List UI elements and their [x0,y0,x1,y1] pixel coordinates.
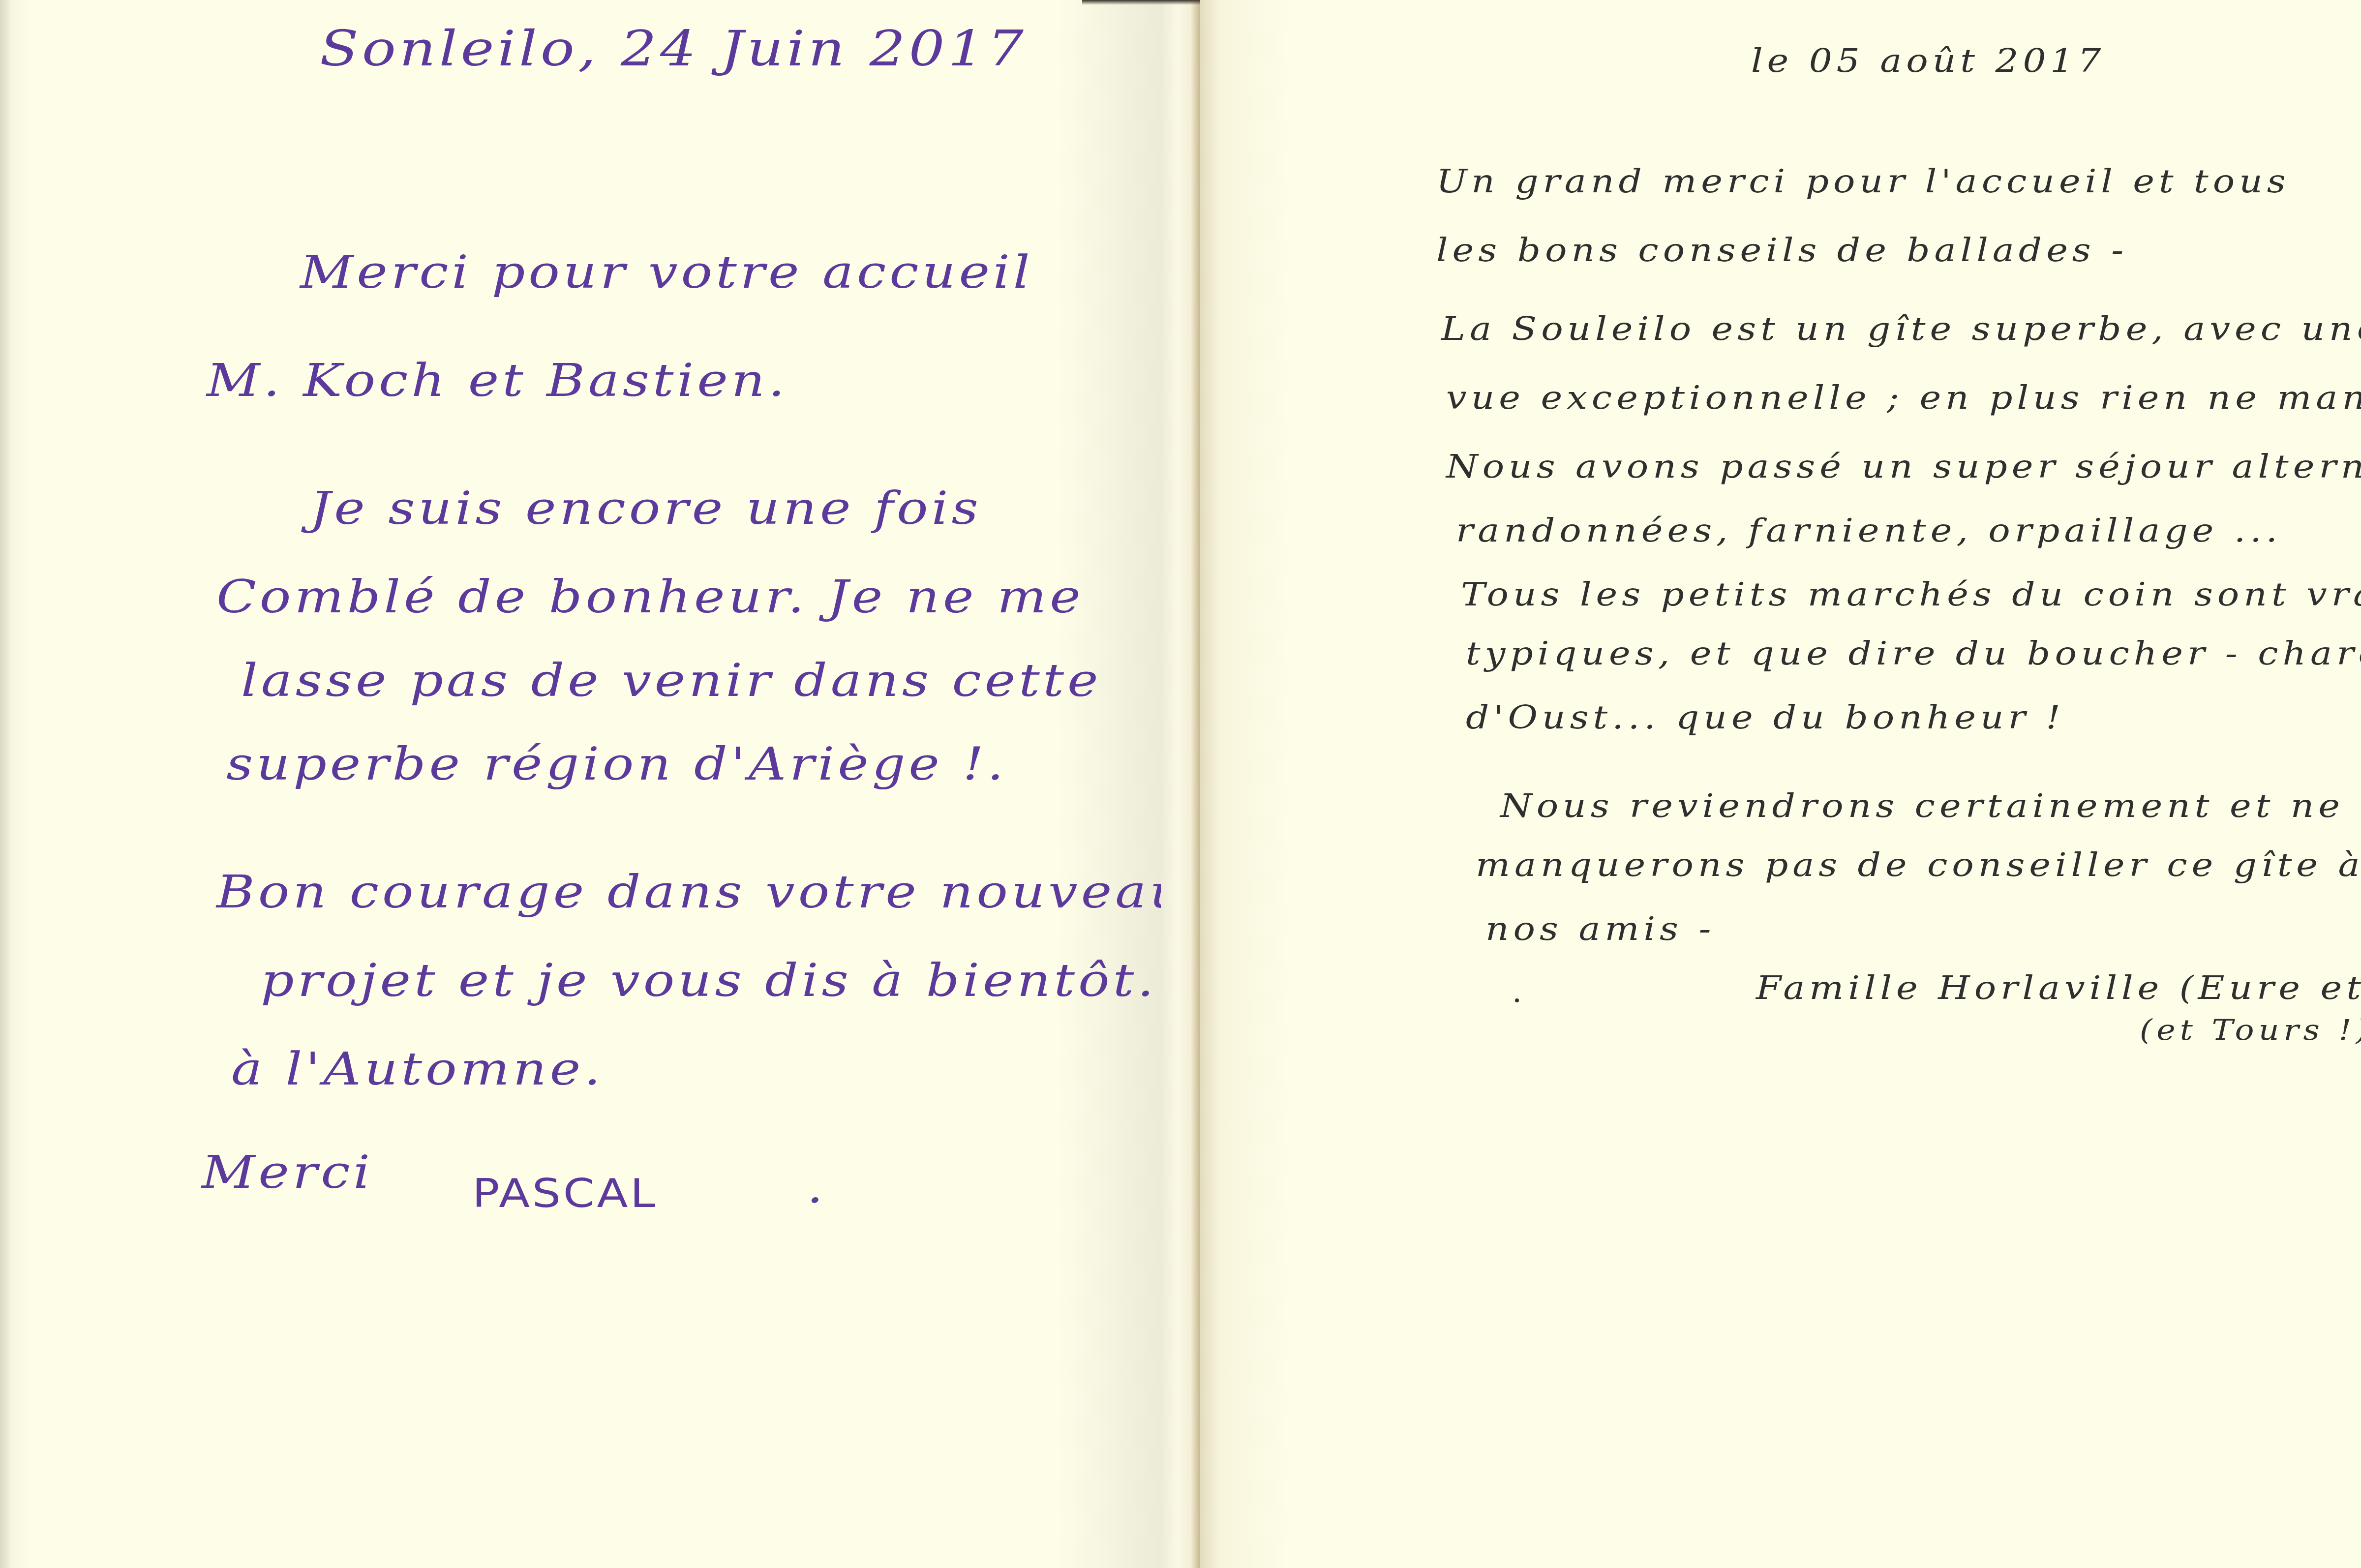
left-line: Je suis encore une fois [310,482,982,535]
right-signature-note: (et Tours !) [2140,1013,2361,1047]
left-closing: Merci [202,1146,373,1199]
left-signature: PASCAL [472,1171,658,1216]
left-line: superbe région d'Ariège !. [226,738,1007,790]
right-line: Nous reviendrons certainement et ne [1500,787,2344,825]
right-line: randonnées, farniente, orpaillage ... [1456,512,2282,549]
left-line: lasse pas de venir dans cette [241,654,1101,707]
right-signature: Famille Horlaville (Eure et Loir) [1756,969,2361,1007]
right-line: les bons conseils de ballades - [1436,231,2128,269]
left-line: Merci pour votre accueil [300,246,1033,299]
left-line: M. Koch et Bastien. [207,354,788,407]
left-line: Bon courage dans votre nouveau [216,866,1186,918]
right-line: Nous avons passé un super séjour alterna… [1446,448,2361,485]
right-line: La Souleilo est un gîte superbe, avec un… [1441,310,2361,348]
right-line: nos amis - [1485,910,1715,948]
right-line: manquerons pas de conseiller ce gîte à [1476,846,2361,884]
right-line: typiques, et que dire du boucher - charc… [1466,634,2361,672]
right-page: le 05 août 2017 Un grand merci pour l'ac… [1200,0,2361,1568]
left-line: projet et je vous dis à bientôt. [261,954,1157,1007]
right-line: Tous les petits marchés du coin sont vra… [1461,575,2361,613]
left-page: Sonleilo, 24 Juin 2017 Merci pour votre … [0,0,1180,1568]
right-line: Un grand merci pour l'accueil et tous [1436,162,2290,200]
left-heading: Sonleilo, 24 Juin 2017 [320,20,1027,77]
left-line: Comblé de bonheur. Je ne me [216,571,1084,623]
ink-dot [1515,998,1519,1002]
right-line: d'Oust... que du bonheur ! [1466,698,2065,736]
guestbook-spread: Sonleilo, 24 Juin 2017 Merci pour votre … [0,0,2361,1568]
left-line: à l'Automne. [231,1043,604,1095]
left-trailing-mark: . [807,1161,827,1213]
right-line: vue exceptionnelle ; en plus rien ne man… [1446,379,2361,417]
right-heading: le 05 août 2017 [1751,42,2105,80]
